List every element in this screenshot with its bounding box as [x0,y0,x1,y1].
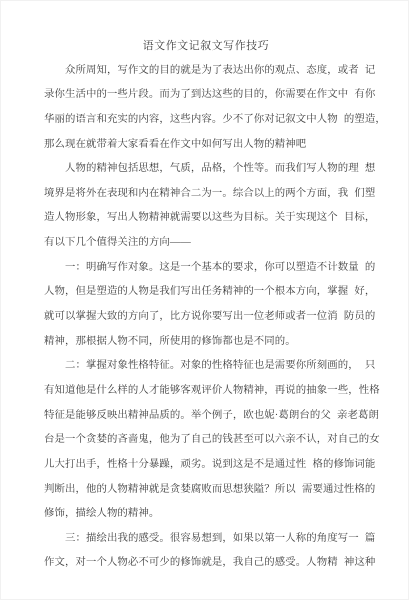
text-line: 就可以掌握大致的方向了，比方说你要写出一位老师或者一位消 防员的 [44,305,368,330]
text-line: 修饰，描绘人物的精神。 [44,502,368,527]
text-line: 录你生活中的一些片段。而为了到达这些的目的，你需要在作文中 有你 [44,83,368,108]
text-line: 众所周知，写作文的目的就是为了表达出你的观点、态度，或者 记 [44,59,368,84]
text-line: 华丽的语言和充实的内容，这些内容。少不了你对记叙文中人物 的塑造， [44,108,368,133]
text-line: 台是一个贪婪的吝啬鬼，他为了自己的钱甚至可以六亲不认，对自己的女 [44,428,368,453]
text-line: 有以下几个值得关注的方向—— [44,231,368,256]
text-line: 判断出，他的人物精神就是贪婪腐败而思想狭隘？所以 需要通过性格的 [44,478,368,503]
text-line: 儿大打出手，性格十分暴躁，顽劣。说到这是不是通过性 格的修饰词能 [44,453,368,478]
text-line: 人物的精神包括思想，气质，品格，个性等。而我们写人物的理 想 [44,157,368,182]
document-page: 语文作文记叙文写作技巧 众所周知，写作文的目的就是为了表达出你的观点、态度，或者… [0,0,409,600]
text-line: 境界是将外在表现和内在精神合二为一。综合以上的两个方面，我 们塑 [44,182,368,207]
text-line: 人物，但是塑造的人物是我们写出任务精神的一个根本方向，掌握 好， [44,280,368,305]
text-line: 特征是能够反映出精神品质的。举个例子，欧也妮·葛朗台的父 亲老葛朗 [44,404,368,429]
document-title: 语文作文记叙文写作技巧 [44,34,368,59]
text-line: 有知道他是什么样的人才能够客观评价人物精神，再说的抽象一些，性格 [44,379,368,404]
text-line: 一：明确写作对象。这是一个基本的要求，你可以塑造不计数量 的 [44,256,368,281]
text-line: 那么现在就带着大家看看在作文中如何写出人物的精神吧 [44,133,368,158]
text-line: 造人物形象，写出人物精神就需要以这些为目标。关于实现这个 目标， [44,206,368,231]
text-line: 作文，对一个人物必不可少的修饰就是，我自己的感受。人物精 神这种 [44,551,368,576]
text-line: 二：掌握对象性格特征。对象的性格特征也是需要你所刻画的， 只 [44,354,368,379]
document-body: 众所周知，写作文的目的就是为了表达出你的观点、态度，或者 记录你生活中的一些片段… [44,59,368,576]
text-line: 精神，那根据人物不同，所使用的修饰都也是不同的。 [44,330,368,355]
text-line: 三：描绘出我的感受。很容易想到，如果以第一人称的角度写一 篇 [44,527,368,552]
